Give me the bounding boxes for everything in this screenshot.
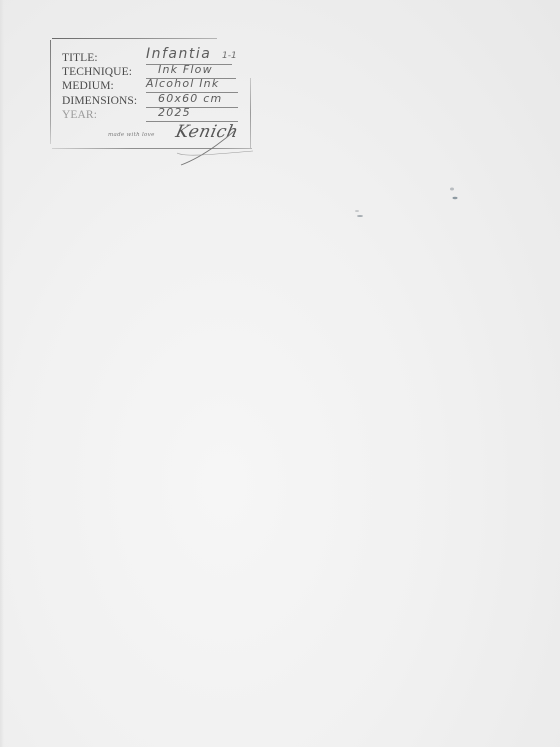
year-label: YEAR: bbox=[62, 109, 97, 121]
title-value: Infantia bbox=[146, 46, 211, 62]
title-suffix: 1-1 bbox=[222, 51, 237, 61]
technique-value: Ink Flow bbox=[158, 63, 213, 76]
dimensions-value: 60x60 cm bbox=[158, 92, 222, 105]
year-row: YEAR: 2025 bbox=[62, 109, 252, 123]
paper-edge bbox=[0, 0, 4, 747]
dimensions-row: DIMENSIONS: 60x60 cm bbox=[62, 95, 252, 109]
medium-row: MEDIUM: Alcohol Ink bbox=[62, 80, 252, 94]
paint-speck-icon bbox=[446, 184, 460, 204]
medium-label: MEDIUM: bbox=[62, 80, 114, 92]
stamp-border-left bbox=[50, 40, 51, 144]
paint-speck-icon bbox=[352, 208, 366, 220]
made-with-love-text: made with love bbox=[108, 132, 155, 138]
stamp-border-top bbox=[52, 38, 217, 39]
title-row: TITLE: Infantia 1-1 bbox=[62, 52, 252, 66]
medium-value: Alcohol Ink bbox=[146, 77, 219, 90]
artwork-label-stamp: TITLE: Infantia 1-1 TECHNIQUE: Ink Flow … bbox=[50, 38, 256, 151]
technique-label: TECHNIQUE: bbox=[62, 66, 132, 78]
year-value: 2025 bbox=[158, 106, 191, 119]
signature-swash-icon bbox=[175, 131, 255, 171]
dimensions-label: DIMENSIONS: bbox=[62, 95, 137, 107]
title-label: TITLE: bbox=[62, 52, 98, 64]
